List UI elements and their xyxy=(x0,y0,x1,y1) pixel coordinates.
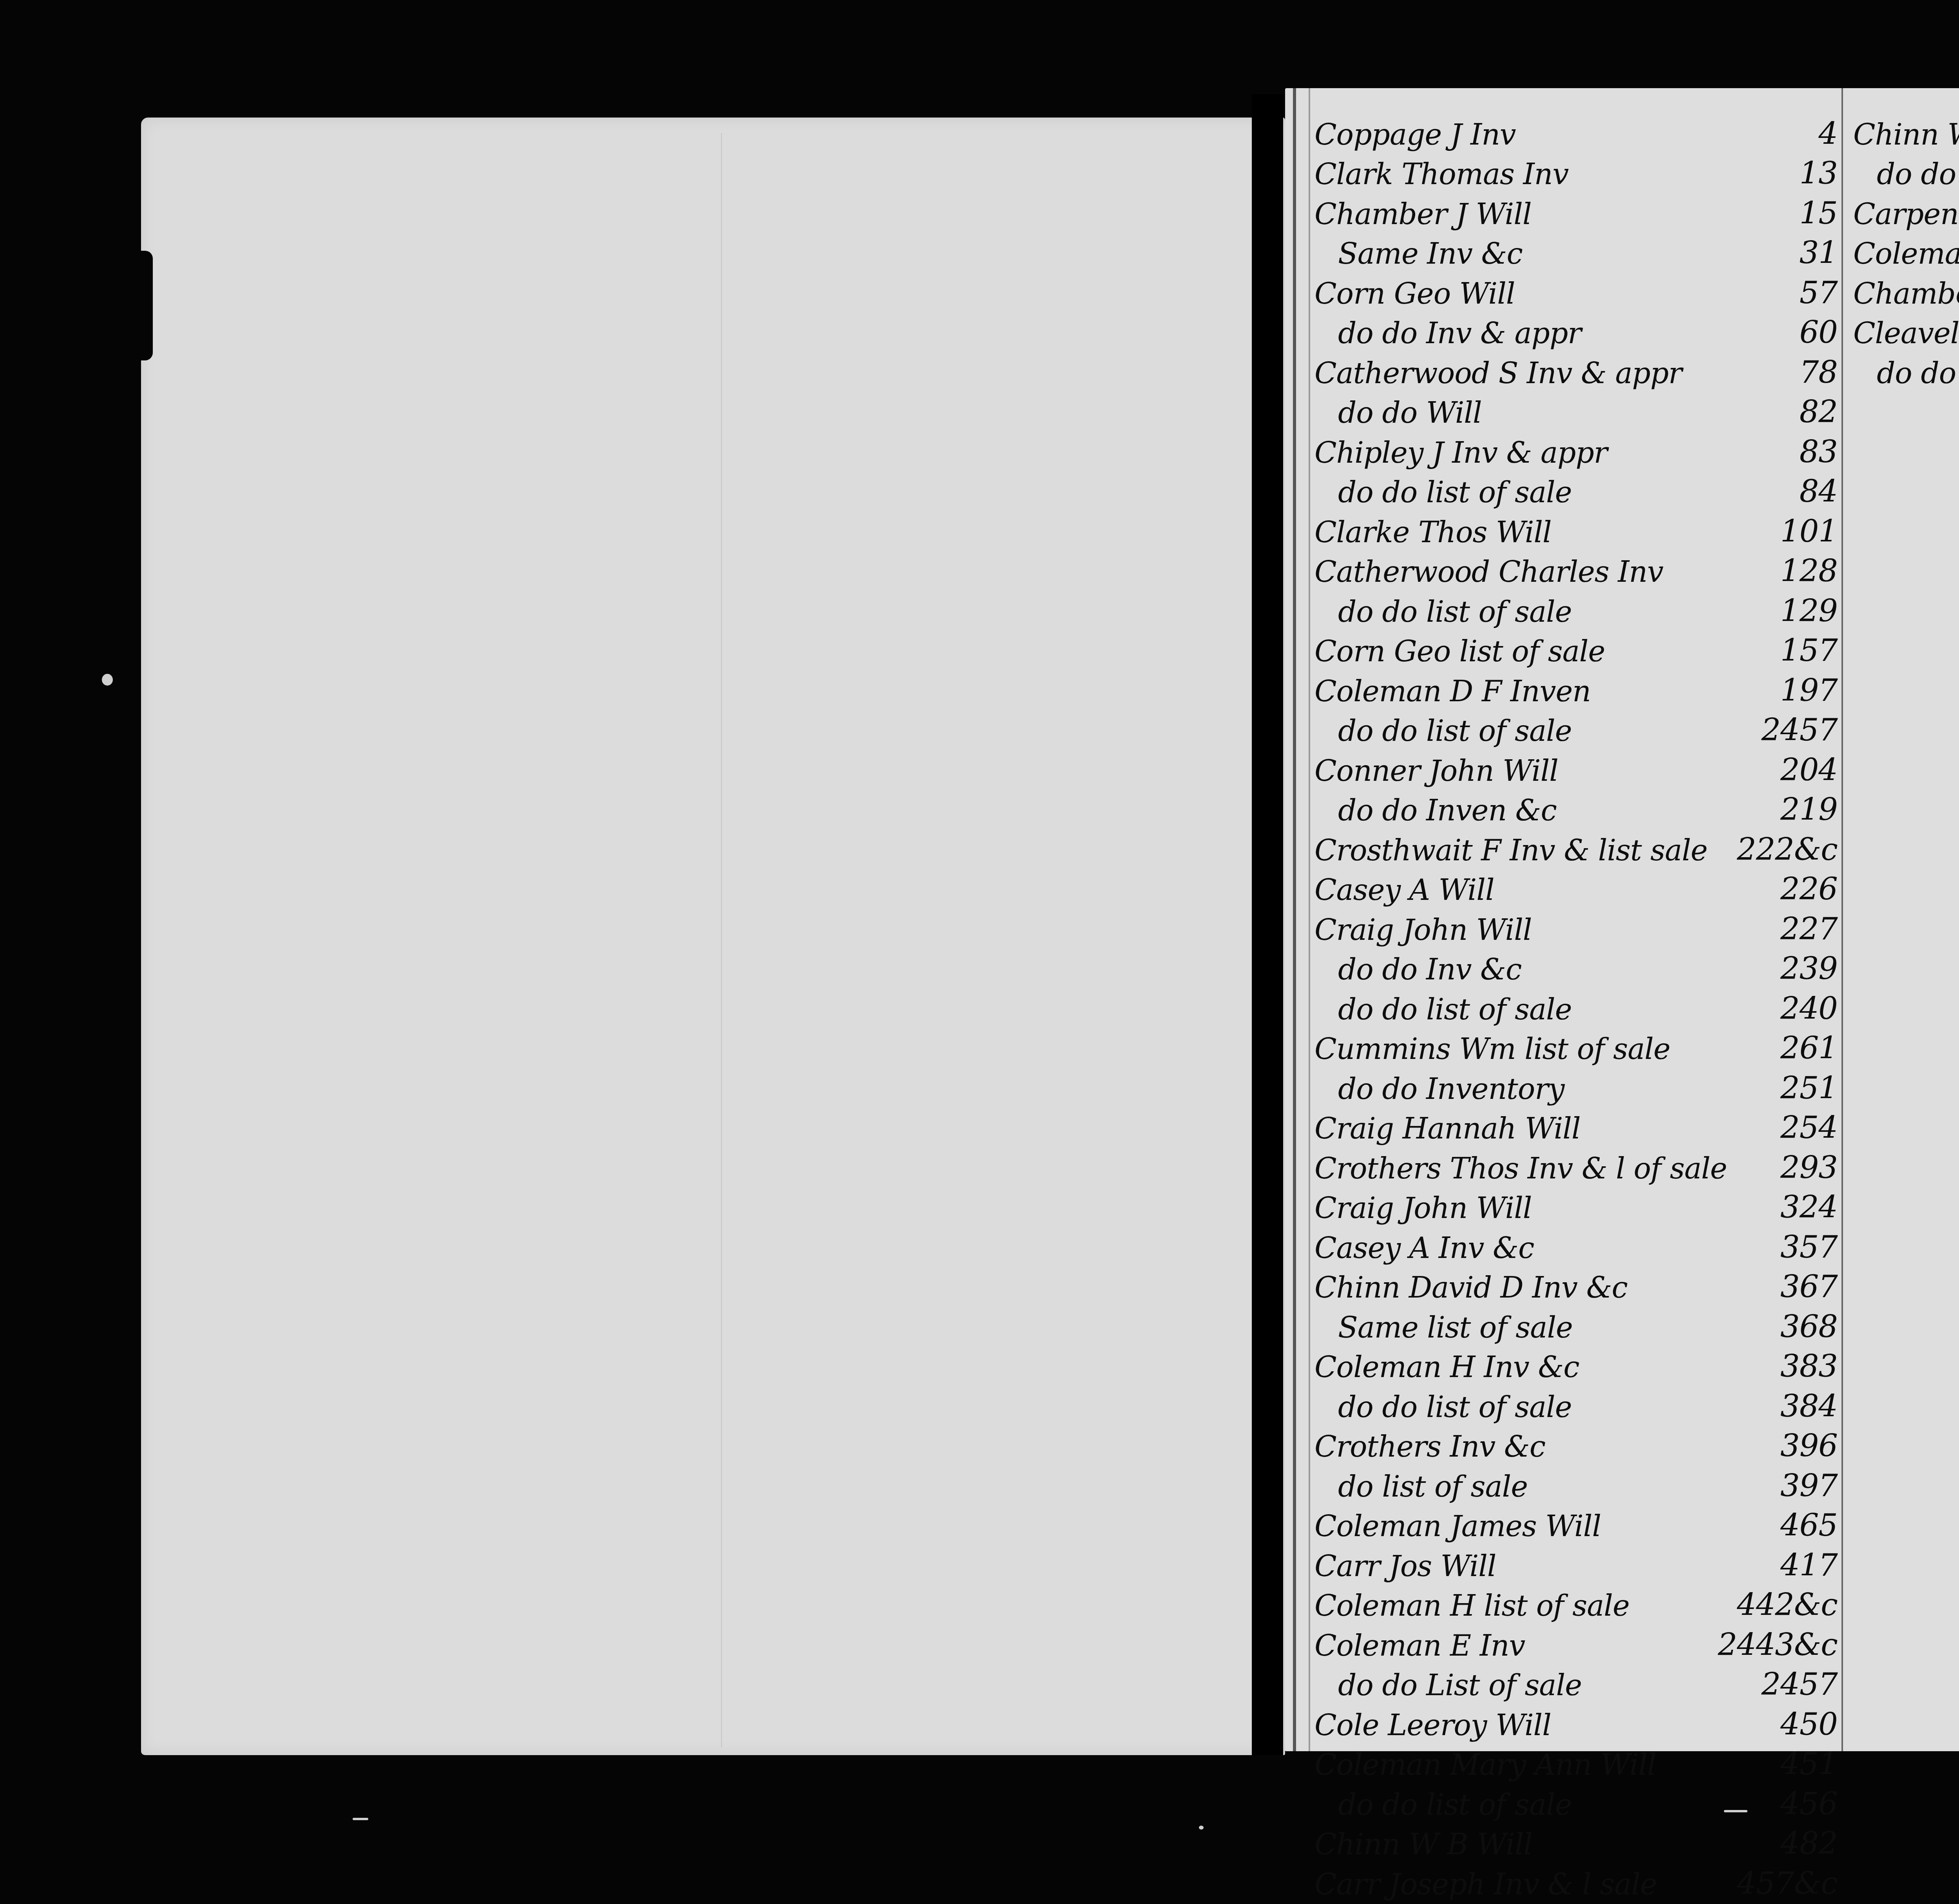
entry-name: Craig John Will xyxy=(1314,1191,1532,1225)
column-divider xyxy=(1841,88,1843,1751)
page-fold-line xyxy=(721,133,722,1747)
entry-name: do do list of sale xyxy=(1338,1788,1572,1822)
entry-page-number: 101 xyxy=(1780,514,1838,549)
ledger-entry: Cole Leeroy Will450 xyxy=(1314,1706,1838,1746)
ledger-entry: do do list of sale84 xyxy=(1314,474,1838,514)
entry-name: Casey A Inv &c xyxy=(1314,1231,1534,1265)
entry-page-number: 239 xyxy=(1780,951,1838,986)
ledger-entry: do do list of sale384 xyxy=(1314,1388,1838,1428)
entry-name: Cleaveland John Will xyxy=(1853,317,1959,350)
ledger-entry: do do Inv &c239 xyxy=(1314,951,1838,991)
ledger-entry: Clark Thomas Inv13 xyxy=(1314,156,1838,195)
entry-page-number: 324 xyxy=(1780,1190,1838,1225)
ledger-entry: Carpenter Dane Will479 xyxy=(1853,195,1959,235)
entry-name: Chambers Martha Inv xyxy=(1853,277,1959,311)
entry-page-number: 60 xyxy=(1800,315,1838,350)
entry-name: Chinn David D Inv &c xyxy=(1314,1271,1628,1305)
entry-name: do do do xyxy=(1877,357,1959,390)
entry-page-number: 4 xyxy=(1818,116,1838,152)
entry-name: Same list of sale xyxy=(1338,1311,1573,1345)
ledger-entry: Crothers Inv &c396 xyxy=(1314,1428,1838,1468)
entry-name: Coleman D F Inven xyxy=(1314,675,1591,708)
entry-name: do do list of sale xyxy=(1338,476,1572,509)
entry-page-number: 254 xyxy=(1780,1110,1838,1146)
entry-name: Cummins Wm list of sale xyxy=(1314,1032,1670,1066)
entry-name: Corn Geo list of sale xyxy=(1314,635,1605,668)
entry-name: Craig Hannah Will xyxy=(1314,1112,1581,1146)
entry-name: Carr Joseph Inv & l sale xyxy=(1314,1868,1657,1901)
ledger-entry: Coleman Jefferson List sale292 xyxy=(1853,235,1959,275)
ledger-entry: do do Inv & appr60 xyxy=(1314,315,1838,355)
entry-page-number: 384 xyxy=(1780,1389,1838,1424)
margin-rule xyxy=(1293,88,1296,1751)
ledger-entry: Coleman H Inv &c383 xyxy=(1314,1348,1838,1388)
entry-name: do do list of sale xyxy=(1338,595,1572,629)
entry-name: Coleman Jefferson List sale xyxy=(1853,237,1959,271)
entry-page-number: 83 xyxy=(1800,434,1838,470)
ledger-entry: Coleman E Inv2443&c xyxy=(1314,1627,1838,1667)
ledger-entry: do do list of sale456 xyxy=(1314,1786,1838,1826)
entry-page-number: 2443&c xyxy=(1718,1627,1838,1663)
ledger-entry: Same list of sale368 xyxy=(1314,1309,1838,1348)
ledger-entry: Same Inv &c31 xyxy=(1314,235,1838,275)
ledger-column-left: Coppage J Inv4Clark Thomas Inv13Chamber … xyxy=(1314,116,1838,1904)
entry-page-number: 31 xyxy=(1800,235,1838,271)
entry-page-number: 357 xyxy=(1780,1230,1838,1265)
entry-page-number: 396 xyxy=(1780,1428,1838,1464)
entry-page-number: 383 xyxy=(1780,1349,1838,1384)
entry-page-number: 82 xyxy=(1800,395,1838,430)
entry-name: Catherwood S Inv & appr xyxy=(1314,357,1682,390)
entry-page-number: 84 xyxy=(1800,474,1838,509)
ledger-entry: Chambers Martha Inv509 xyxy=(1853,275,1959,315)
entry-name: do do list of sale xyxy=(1338,993,1572,1026)
entry-name: Coleman H list of sale xyxy=(1314,1589,1629,1623)
entry-name: do do Inven &c xyxy=(1338,794,1557,827)
ledger-entry: Casey A Will226 xyxy=(1314,871,1838,911)
ledger-entry: Carr Joseph Inv & l sale457&c xyxy=(1314,1865,1838,1904)
entry-page-number: 417 xyxy=(1780,1548,1838,1583)
entry-name: Catherwood Charles Inv xyxy=(1314,555,1663,589)
ledger-entry: Craig John Will324 xyxy=(1314,1189,1838,1229)
entry-name: Carr Jos Will xyxy=(1314,1549,1496,1583)
entry-name: Crothers Thos Inv & l of sale xyxy=(1314,1152,1727,1185)
ledger-entry: Chinn David D Inv &c367 xyxy=(1314,1269,1838,1309)
entry-name: Same Inv &c xyxy=(1338,237,1523,271)
entry-name: Craig John Will xyxy=(1314,913,1532,947)
entry-name: Cole Leeroy Will xyxy=(1314,1709,1551,1742)
entry-name: Corn Geo Will xyxy=(1314,277,1515,311)
ledger-entry: do list of sale397 xyxy=(1314,1468,1838,1508)
entry-page-number: 397 xyxy=(1780,1468,1838,1504)
entry-page-number: 204 xyxy=(1780,753,1838,788)
right-page-index: Coppage J Inv4Clark Thomas Inv13Chamber … xyxy=(1285,88,1959,1751)
entry-page-number: 219 xyxy=(1780,792,1838,827)
entry-name: Crothers Inv &c xyxy=(1314,1430,1545,1464)
ledger-entry: Coppage J Inv4 xyxy=(1314,116,1838,156)
ledger-entry: Cleaveland John Will523 xyxy=(1853,315,1959,355)
entry-name: Chinn Wm B Inv xyxy=(1853,118,1959,152)
ledger-entry: do do list of sale240 xyxy=(1314,990,1838,1030)
ledger-entry: do do Inventory251 xyxy=(1314,1070,1838,1110)
entry-name: do do Inv & appr xyxy=(1338,317,1581,350)
entry-name: Chamber J Will xyxy=(1314,197,1532,231)
ledger-entry: Crothers Thos Inv & l of sale293 xyxy=(1314,1149,1838,1189)
entry-name: do list of sale xyxy=(1338,1470,1528,1504)
entry-page-number: 13 xyxy=(1800,156,1838,191)
entry-page-number: 226 xyxy=(1780,872,1838,907)
ledger-entry: Crosthwait F Inv & list sale222&c xyxy=(1314,831,1838,871)
entry-page-number: 367 xyxy=(1780,1269,1838,1305)
entry-page-number: 227 xyxy=(1780,912,1838,947)
ledger-entry: do do List of sale477 xyxy=(1853,156,1959,195)
ledger-entry: do do list of sale129 xyxy=(1314,593,1838,633)
entry-name: do do List of sale xyxy=(1338,1669,1582,1702)
entry-page-number: 465 xyxy=(1780,1508,1838,1543)
entry-name: Coleman E Inv xyxy=(1314,1629,1525,1663)
page-notch xyxy=(137,251,153,360)
ledger-entry: Coleman Mary Ann Will451 xyxy=(1314,1746,1838,1786)
ledger-entry: Craig John Will227 xyxy=(1314,911,1838,951)
entry-name: Casey A Will xyxy=(1314,873,1494,907)
entry-name: do do Inventory xyxy=(1338,1072,1564,1106)
entry-name: Chipley J Inv & appr xyxy=(1314,436,1607,470)
entry-name: Coleman Mary Ann Will xyxy=(1314,1748,1656,1782)
ledger-entry: do do do531 xyxy=(1853,354,1959,394)
ledger-column-right: Chinn Wm B Inv475do do List of sale477Ca… xyxy=(1853,116,1959,394)
entry-name: Coleman H Inv &c xyxy=(1314,1350,1579,1384)
dust-speck xyxy=(1199,1826,1204,1830)
entry-page-number: 157 xyxy=(1780,633,1838,668)
ledger-entry: do do Inven &c219 xyxy=(1314,792,1838,832)
ledger-entry: Corn Geo Will57 xyxy=(1314,275,1838,315)
entry-name: Clark Thomas Inv xyxy=(1314,157,1568,191)
entry-name: do do Inv &c xyxy=(1338,953,1521,986)
entry-page-number: 15 xyxy=(1800,196,1838,231)
entry-name: do do Will xyxy=(1338,396,1482,430)
ledger-entry: Carr Jos Will417 xyxy=(1314,1547,1838,1587)
dust-speck xyxy=(102,674,113,686)
entry-page-number: 251 xyxy=(1780,1071,1838,1106)
entry-name: Clarke Thos Will xyxy=(1314,516,1552,549)
ledger-entry: Craig Hannah Will254 xyxy=(1314,1110,1838,1150)
entry-page-number: 78 xyxy=(1800,355,1838,390)
entry-name: Coleman James Will xyxy=(1314,1509,1601,1543)
entry-page-number: 240 xyxy=(1780,991,1838,1026)
left-page-blank xyxy=(141,118,1285,1755)
ledger-entry: do do List of sale2457 xyxy=(1314,1667,1838,1707)
entry-name: Chinn W B Will xyxy=(1314,1828,1532,1861)
ledger-entry: Catherwood S Inv & appr78 xyxy=(1314,354,1838,394)
ledger-entry: Chipley J Inv & appr83 xyxy=(1314,434,1838,474)
entry-name: do do list of sale xyxy=(1338,714,1572,748)
entry-page-number: 450 xyxy=(1780,1707,1838,1742)
ledger-entry: Chamber J Will15 xyxy=(1314,195,1838,235)
ledger-entry: do do Will82 xyxy=(1314,394,1838,434)
entry-page-number: 129 xyxy=(1780,594,1838,629)
entry-page-number: 457&c xyxy=(1737,1866,1838,1901)
entry-page-number: 368 xyxy=(1780,1309,1838,1345)
entry-name: Conner John Will xyxy=(1314,754,1558,788)
entry-name: do do list of sale xyxy=(1338,1390,1572,1424)
entry-page-number: 128 xyxy=(1780,554,1838,589)
entry-page-number: 197 xyxy=(1780,673,1838,708)
ledger-entry: Cummins Wm list of sale261 xyxy=(1314,1030,1838,1070)
entry-page-number: 261 xyxy=(1780,1031,1838,1066)
ledger-entry: Coleman D F Inven197 xyxy=(1314,672,1838,712)
entry-page-number: 57 xyxy=(1800,275,1838,311)
entry-name: Coppage J Inv xyxy=(1314,118,1516,152)
ledger-entry: Clarke Thos Will101 xyxy=(1314,513,1838,553)
entry-name: do do List of sale xyxy=(1877,157,1959,191)
entry-page-number: 451 xyxy=(1780,1747,1838,1782)
ledger-entry: Chinn W B Will482 xyxy=(1314,1826,1838,1866)
ledger-entry: Casey A Inv &c357 xyxy=(1314,1229,1838,1269)
entry-page-number: 482 xyxy=(1780,1826,1838,1861)
entry-page-number: 2457 xyxy=(1761,713,1838,748)
entry-page-number: 222&c xyxy=(1737,832,1838,867)
dust-speck xyxy=(353,1818,368,1820)
entry-name: Crosthwait F Inv & list sale xyxy=(1314,834,1707,867)
margin-rule-inner xyxy=(1309,88,1310,1751)
entry-page-number: 442&c xyxy=(1737,1587,1838,1623)
ledger-entry: Catherwood Charles Inv128 xyxy=(1314,553,1838,593)
ledger-entry: Coleman H list of sale442&c xyxy=(1314,1587,1838,1627)
entry-page-number: 293 xyxy=(1780,1150,1838,1185)
ledger-entry: do do list of sale2457 xyxy=(1314,712,1838,752)
entry-page-number: 456 xyxy=(1780,1786,1838,1822)
ledger-entry: Chinn Wm B Inv475 xyxy=(1853,116,1959,156)
ledger-entry: Conner John Will204 xyxy=(1314,752,1838,792)
ledger-entry: Coleman James Will465 xyxy=(1314,1508,1838,1547)
entry-page-number: 2457 xyxy=(1761,1667,1838,1702)
book-gutter xyxy=(1252,94,1283,1755)
ledger-entry: Corn Geo list of sale157 xyxy=(1314,633,1838,673)
entry-name: Carpenter Dane Will xyxy=(1853,197,1959,231)
